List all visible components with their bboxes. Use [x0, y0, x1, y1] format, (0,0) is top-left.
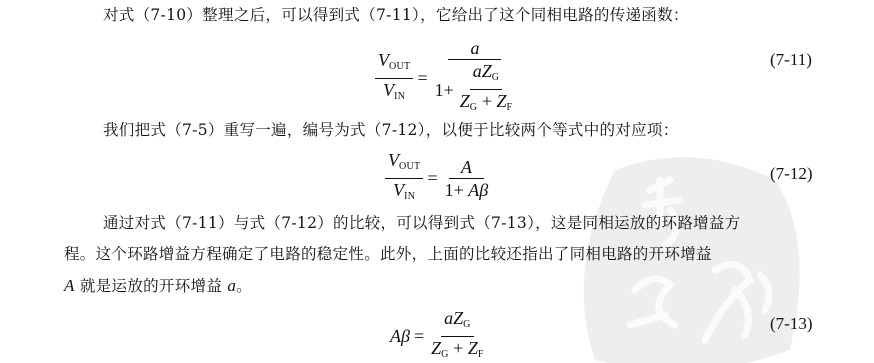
var-z: Z	[496, 91, 506, 111]
var-a-open-loop: A	[390, 326, 401, 346]
paragraph-3-line-1: 通过对式（7-11）与式（7-12）的比较，可以得到式（7-13），这是同相运放…	[103, 214, 741, 232]
equation-7-13: Aβ = aZG ZG + ZF	[390, 308, 487, 363]
var-a-open-loop: A	[64, 276, 75, 295]
paragraph-2-text: 我们把式（7-5）重写一遍，编号为式（7-12），以便于比较两个等式中的对应项：	[103, 121, 679, 139]
equation-7-13-lhs: Aβ	[390, 326, 410, 347]
equation-7-12: VOUT VIN = A 1+ Aβ	[385, 150, 491, 207]
var-a-open-loop: A	[461, 157, 472, 177]
equation-7-11: VOUT VIN = a 1+ aZG ZG + ZF	[375, 38, 518, 118]
paragraph-1-text: 对式（7-10）整理之后，可以得到式（7-11），它给出了这个同相电路的传递函数…	[103, 6, 689, 24]
sub-out: OUT	[389, 61, 410, 72]
equals-sign: =	[417, 68, 427, 89]
equation-7-11-rhs: a 1+ aZG ZG + ZF	[432, 38, 519, 118]
equation-7-12-rhs: A 1+ Aβ	[442, 157, 492, 200]
sub-g: G	[492, 72, 500, 83]
var-z: Z	[453, 308, 463, 328]
paragraph-3-line-3-container: A 就是运放的开环增益 a。	[64, 270, 252, 302]
equals-sign: =	[414, 326, 424, 347]
paragraph-3-line-3-text: 就是运放的开环增益	[75, 277, 228, 295]
equation-7-11-lhs: VOUT VIN	[375, 50, 413, 107]
document-page: 对式（7-10）整理之后，可以得到式（7-11），它给出了这个同相电路的传递函数…	[0, 0, 874, 363]
sub-g: G	[441, 349, 449, 360]
var-a: a	[227, 276, 236, 295]
paragraph-3: 通过对式（7-11）与式（7-12）的比较，可以得到式（7-13），这是同相运放…	[103, 208, 741, 239]
var-z: Z	[460, 91, 470, 111]
paragraph-3-line-2-container: 程。这个环路增益方程确定了电路的稳定性。此外，上面的比较还指出了同相电路的开环增…	[64, 239, 712, 270]
var-a: a	[444, 308, 453, 328]
paragraph-1: 对式（7-10）整理之后，可以得到式（7-11），它给出了这个同相电路的传递函数…	[103, 0, 689, 31]
equation-7-12-lhs: VOUT VIN	[385, 150, 423, 207]
paragraph-3-line-3-end: 。	[236, 277, 252, 295]
one-plus: 1+	[445, 180, 469, 200]
equation-number-7-13: (7-13)	[770, 314, 812, 334]
sub-f: F	[478, 349, 484, 360]
plus-sign: +	[477, 91, 496, 111]
equation-number-7-11: (7-11)	[770, 50, 812, 70]
var-v-out: V	[378, 50, 389, 70]
sub-out: OUT	[399, 161, 420, 172]
sub-f: F	[506, 102, 512, 113]
var-a: a	[470, 38, 479, 58]
var-z: Z	[431, 338, 441, 358]
sub-g: G	[463, 319, 471, 330]
equation-number-7-12: (7-12)	[770, 164, 812, 184]
var-z: Z	[468, 338, 478, 358]
one-plus: 1+	[435, 80, 454, 100]
equals-sign: =	[427, 168, 437, 189]
paragraph-3-line-2: 程。这个环路增益方程确定了电路的稳定性。此外，上面的比较还指出了同相电路的开环增…	[64, 245, 712, 263]
var-v-in: V	[383, 80, 394, 100]
sub-in: IN	[394, 91, 405, 102]
inner-fraction: aZG ZG + ZF	[457, 61, 516, 118]
var-v-out: V	[388, 150, 399, 170]
var-v-in: V	[393, 180, 404, 200]
var-beta: β	[401, 326, 410, 346]
var-z: Z	[482, 61, 492, 81]
plus-sign: +	[449, 338, 468, 358]
equation-7-13-rhs: aZG ZG + ZF	[428, 308, 487, 363]
var-a-open-loop: A	[468, 180, 479, 200]
var-beta: β	[479, 180, 488, 200]
var-a: a	[473, 61, 482, 81]
paragraph-2: 我们把式（7-5）重写一遍，编号为式（7-12），以便于比较两个等式中的对应项：	[103, 115, 679, 146]
sub-in: IN	[404, 191, 415, 202]
